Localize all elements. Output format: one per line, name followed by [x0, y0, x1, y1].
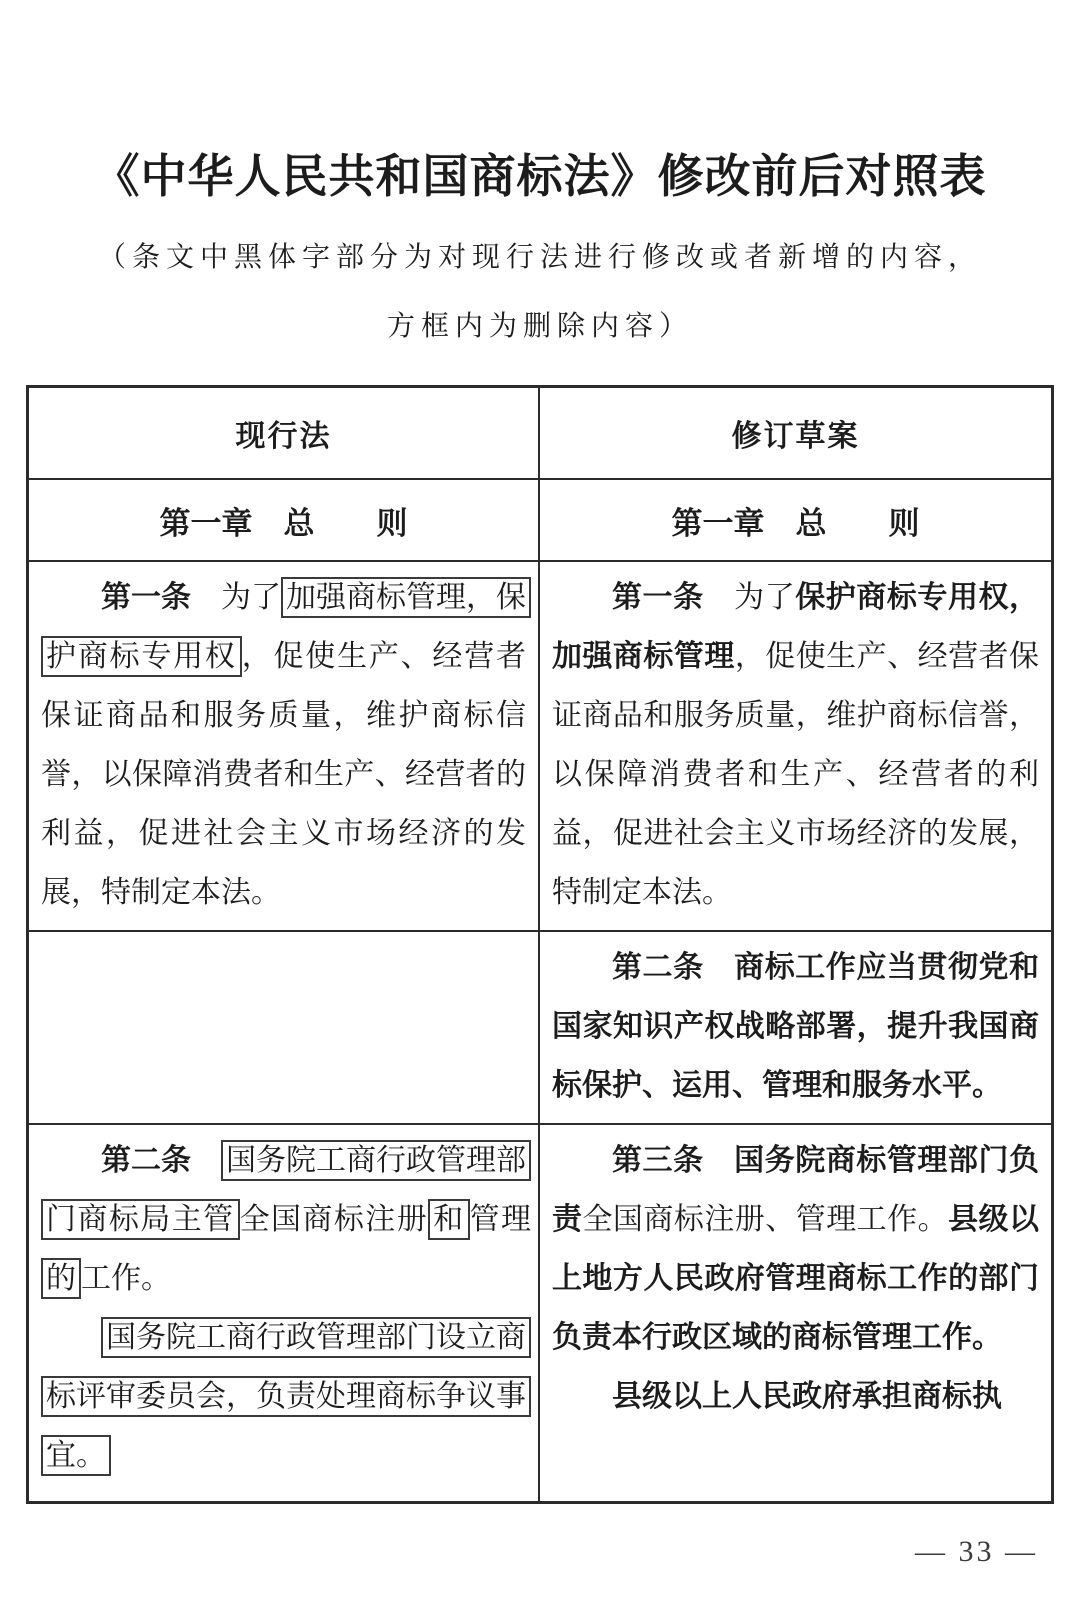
chapter-cell-revised-draft: 第一章 总 则: [540, 480, 1051, 560]
amended-text: 第二条: [612, 951, 704, 984]
paragraph: 国务院工商行政管理部门设立商标评审委员会，负责处理商标争议事宜。: [41, 1308, 526, 1485]
header-revised-draft: 修订草案: [540, 388, 1051, 478]
table-row-article-2: 第二条 商标工作应当贯彻党和国家知识产权战略部署，提升我国商标保护、运用、管理和…: [29, 930, 1051, 1123]
article-1-revised-draft-cell: 第一条 为了保护商标专用权，加强商标管理，促使生产、经营者保证商品和服务质量，维…: [540, 562, 1051, 930]
text-segment: 管理: [470, 1203, 531, 1236]
article-3-revised-draft-cell: 第三条 国务院商标管理部门负责全国商标注册、管理工作。县级以上地方人民政府管理商…: [540, 1125, 1051, 1501]
document-page: 《中华人民共和国商标法》修改前后对照表 （条文中黑体字部分为对现行法进行修改或者…: [0, 0, 1080, 1597]
text-segment: ，促使生产、经营者保证商品和服务质量，维护商标信誉，以保障消费者和生产、经营者的…: [552, 640, 1039, 909]
text-segment: 工作。: [81, 1262, 171, 1295]
text-segment: [191, 1144, 221, 1177]
text-segment: [704, 951, 735, 984]
text-segment: ，促使生产、经营者保证商品和服务质量，维护商标信誉，以保障消费者和生产、经营者的…: [41, 640, 526, 909]
table-row-article-3: 第二条 国务院工商行政管理部门商标局主管全国商标注册和管理的工作。国务院工商行政…: [29, 1123, 1051, 1501]
deleted-text: 的: [41, 1258, 81, 1299]
chapter-cell-current-law: 第一章 总 则: [29, 480, 540, 560]
page-number: — 33 —: [915, 1535, 1038, 1569]
text-segment: 全国商标注册: [240, 1203, 429, 1236]
deleted-text: 和: [428, 1199, 469, 1240]
paragraph: 第二条 商标工作应当贯彻党和国家知识产权战略部署，提升我国商标保护、运用、管理和…: [552, 938, 1039, 1115]
article-2-revised-draft-cell: 第二条 商标工作应当贯彻党和国家知识产权战略部署，提升我国商标保护、运用、管理和…: [540, 932, 1051, 1123]
text-segment: [704, 1144, 735, 1177]
article-2-old-current-law-cell: 第二条 国务院工商行政管理部门商标局主管全国商标注册和管理的工作。国务院工商行政…: [29, 1125, 540, 1501]
paragraph: 第一条 为了保护商标专用权，加强商标管理，促使生产、经营者保证商品和服务质量，维…: [552, 568, 1039, 922]
paragraph: 第二条 国务院工商行政管理部门商标局主管全国商标注册和管理的工作。: [41, 1131, 526, 1308]
paragraph: 县级以上人民政府承担商标执: [552, 1367, 1039, 1426]
subtitle-line-2: 方框内为删除内容）: [0, 309, 1080, 345]
article-1-current-law-cell: 第一条 为了加强商标管理，保护商标专用权，促使生产、经营者保证商品和服务质量，维…: [29, 562, 540, 930]
amended-text: 第二条: [101, 1144, 191, 1177]
paragraph: 第一条 为了加强商标管理，保护商标专用权，促使生产、经营者保证商品和服务质量，维…: [41, 568, 526, 922]
amended-text: 第三条: [612, 1144, 704, 1177]
amended-text: 第一条: [612, 581, 704, 614]
header-current-law: 现行法: [29, 388, 540, 478]
comparison-table: 现行法 修订草案 第一章 总 则 第一章 总 则 第一条 为了加强商标管理，保护…: [26, 385, 1054, 1504]
subtitle-line-1: （条文中黑体字部分为对现行法进行修改或者新增的内容，: [0, 240, 1080, 276]
paragraph: 第三条 国务院商标管理部门负责全国商标注册、管理工作。县级以上地方人民政府管理商…: [552, 1131, 1039, 1367]
text-segment: 全国商标注册、管理工作。: [582, 1203, 948, 1236]
page-title: 《中华人民共和国商标法》修改前后对照表: [0, 0, 1080, 206]
deleted-text: 国务院工商行政管理部门设立商标评审委员会，负责处理商标争议事宜。: [41, 1317, 531, 1476]
amended-text: 县级以上人民政府承担商标执: [612, 1380, 1002, 1413]
table-row-article-1: 第一条 为了加强商标管理，保护商标专用权，促使生产、经营者保证商品和服务质量，维…: [29, 560, 1051, 930]
table-header-row: 现行法 修订草案: [29, 388, 1051, 478]
amended-text: 第一条: [101, 581, 191, 614]
chapter-row: 第一章 总 则 第一章 总 则: [29, 478, 1051, 560]
text-segment: 为了: [704, 581, 796, 614]
article-2-current-law-cell-empty: [29, 932, 540, 1123]
text-segment: 为了: [191, 581, 281, 614]
